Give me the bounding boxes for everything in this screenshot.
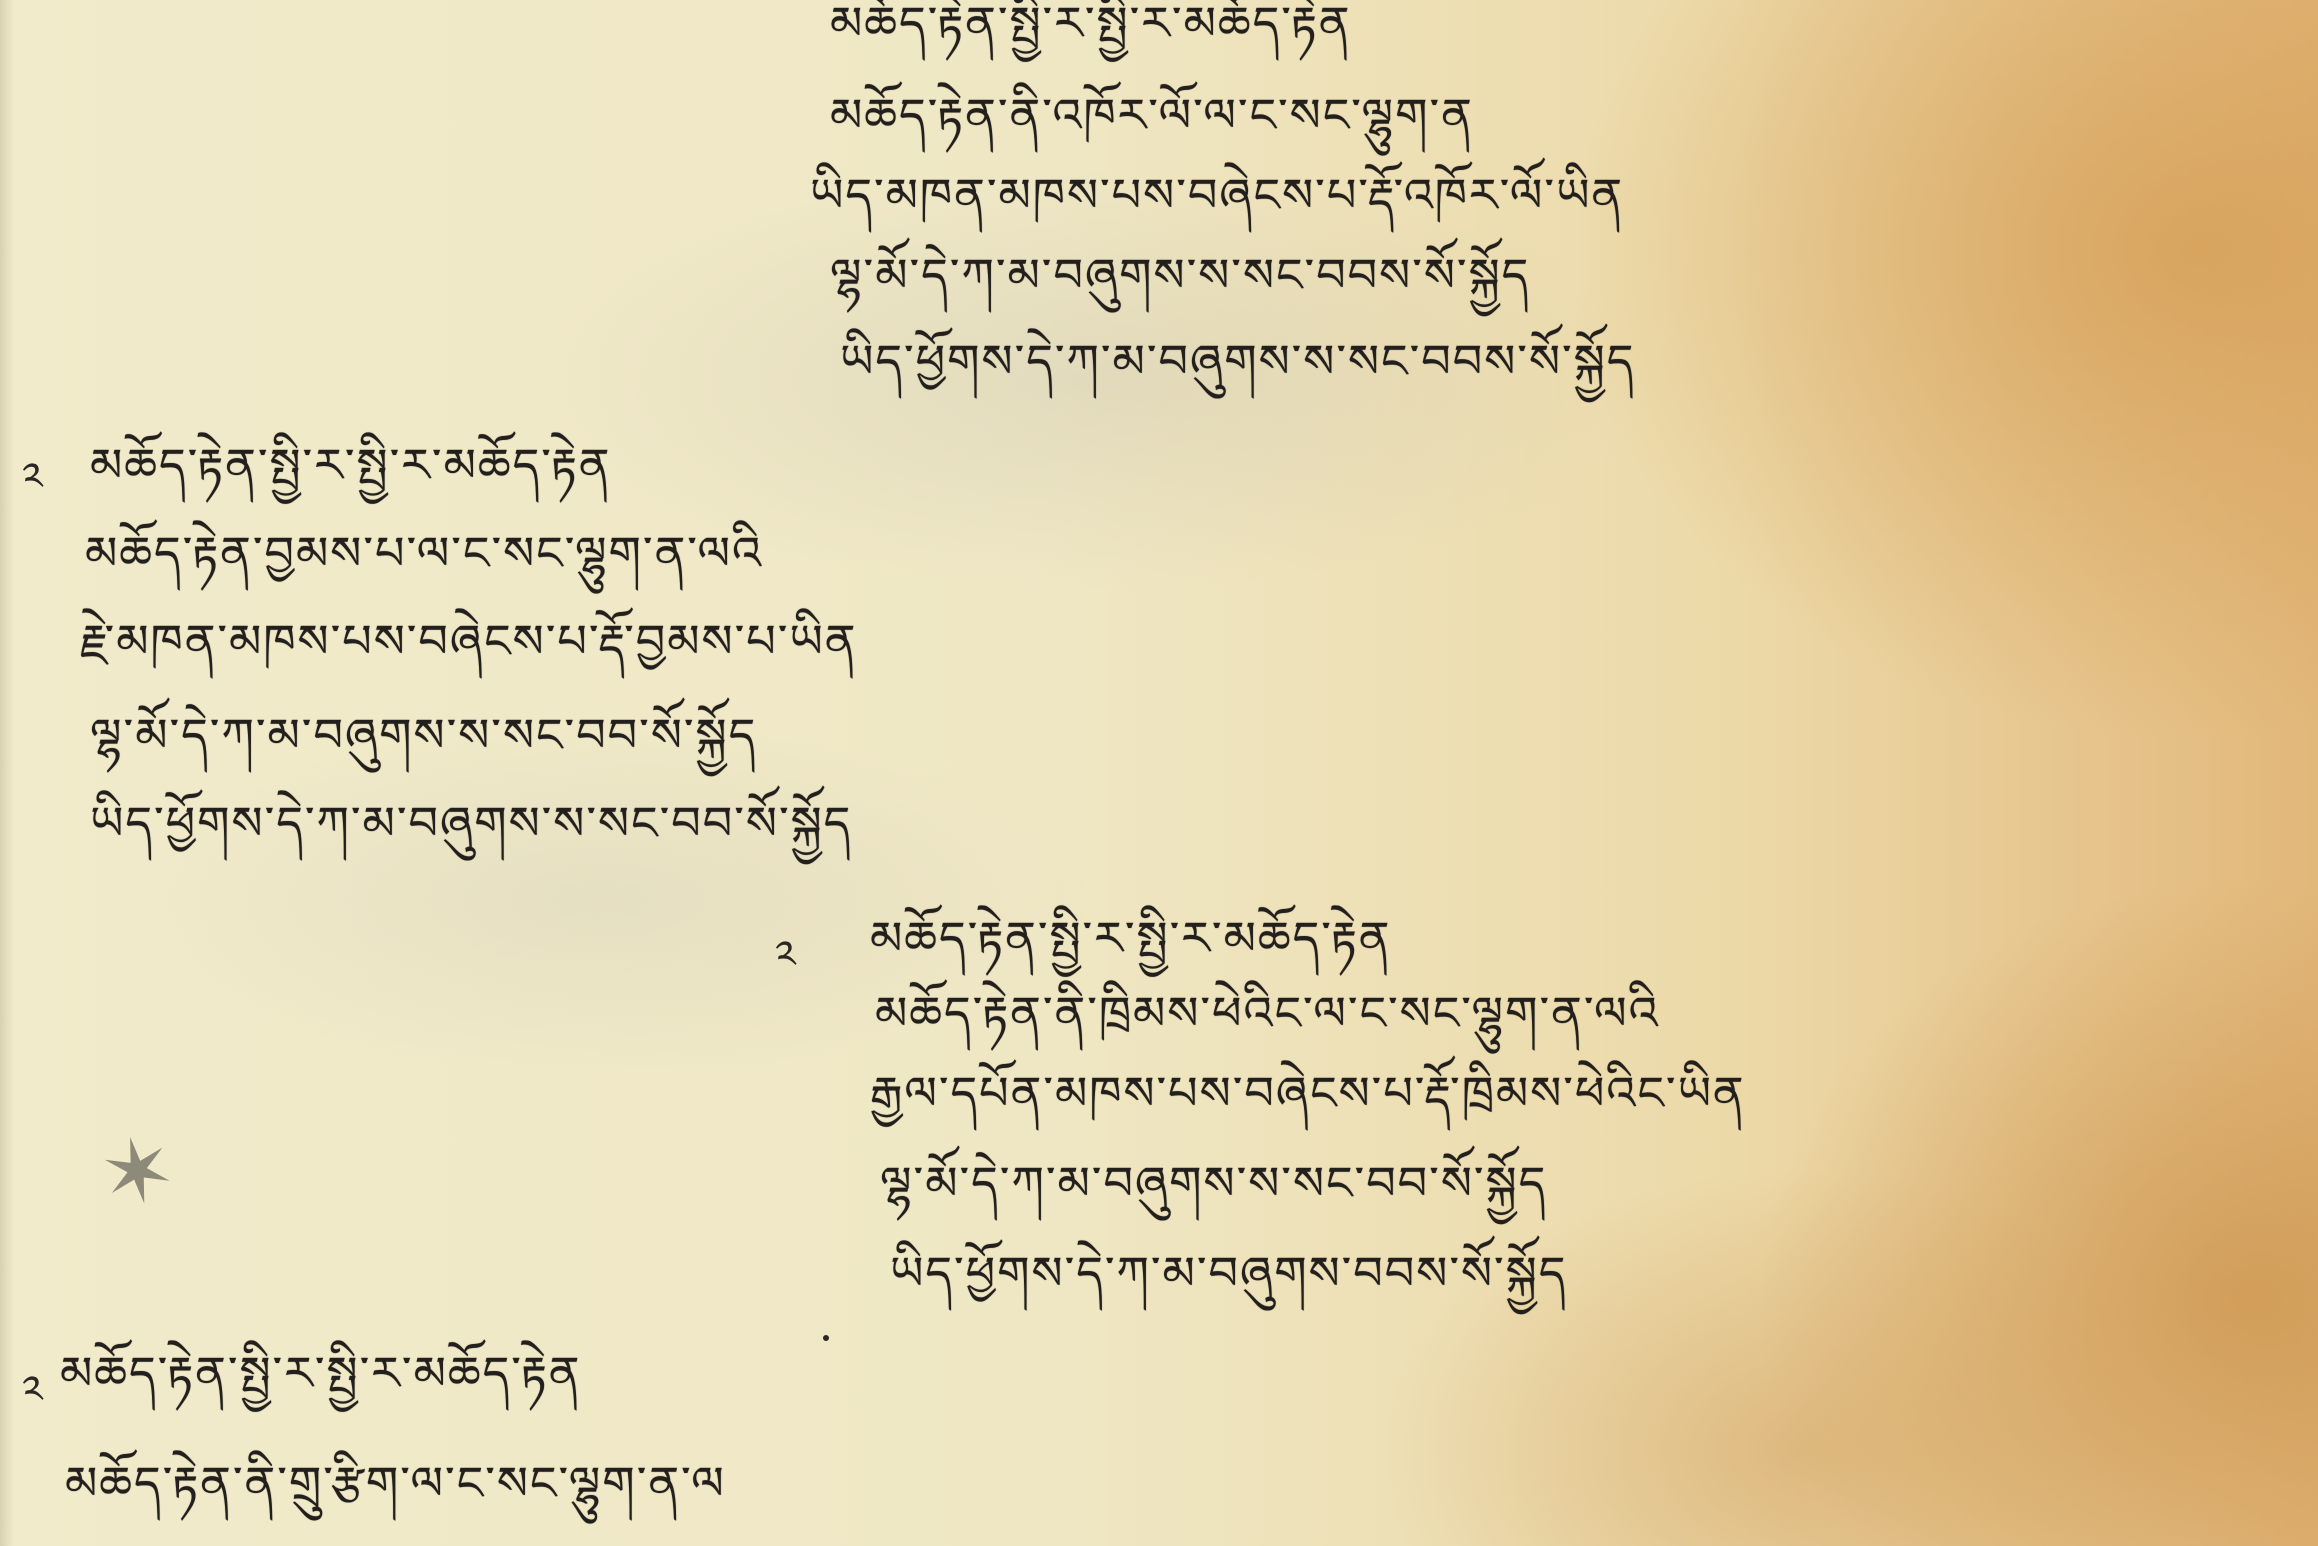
manuscript-line: མཆོད་རྟེན་ནི་ཁྲིམས་ཕེའིང་ལ་ང་སང་ལྷུག་ན་ལ… [875,990,1660,1036]
manuscript-line: ལྷ་མོ་དེ་ཀ་མ་བཞུགས་ས་སང་བབ་སོ་སྐྱོད [880,1160,1547,1206]
pencil-star-mark: ✶ [90,1113,186,1231]
stanza-number: ༢ [775,910,796,1023]
manuscript-line: ཡིད་ཕྱོགས་དེ་ཀ་མ་བཞུགས་ས་སང་བབ་སོ་སྐྱོད [90,800,852,846]
manuscript-line: མཆོད་རྟེན་ནི་འཁོར་ལོ་ལ་ང་སང་ལྷུག་ན [830,92,1474,138]
ink-dot [823,1335,829,1341]
manuscript-line: མཆོད་རྟེན་སྤྱི་ར་སྤྱི་ར་མཆོད་རྟེན [830,0,1351,46]
stanza-number: ༢ [22,432,43,545]
manuscript-line: མཆོད་རྟེན་བྱམས་པ་ལ་ང་སང་ལྷུག་ན་ལའི [85,530,763,576]
manuscript-line: ལྷ་མོ་དེ་ཀ་མ་བཞུགས་ས་སང་བབ་སོ་སྐྱོད [90,712,757,758]
manuscript-line: རྒྱལ་དཔོན་མཁས་པས་བཞེངས་པ་རྡོ་ཁྲིམས་ཕེའིང… [870,1070,1746,1116]
paper-left-edge [0,0,14,1546]
manuscript-line: མཆོད་རྟེན་སྤྱི་ར་སྤྱི་ར་མཆོད་རྟེན [90,442,611,488]
manuscript-line: མཆོད་རྟེན་སྤྱི་ར་སྤྱི་ར་མཆོད་རྟེན [870,915,1391,961]
manuscript-line: ལྷ་མོ་དེ་ཀ་མ་བཞུགས་ས་སང་བབས་སོ་སྐྱོད [830,252,1530,298]
manuscript-line: རྗེ་མཁན་མཁས་པས་བཞེངས་པ་རྡོ་བྱམས་པ་ཡིན [80,618,857,664]
stanza-number: ༢ [22,1345,43,1458]
manuscript-line: ཡིད་ཕྱོགས་དེ་ཀ་མ་བཞུགས་ས་སང་བབས་སོ་སྐྱོད [840,338,1635,384]
manuscript-line: མཆོད་རྟེན་སྤྱི་ར་སྤྱི་ར་མཆོད་རྟེན [60,1350,581,1396]
manuscript-line: ཡིད་ཕྱོགས་དེ་ཀ་མ་བཞུགས་བབས་སོ་སྐྱོད [890,1250,1567,1296]
manuscript-line: མཆོད་རྟེན་ནི་གྲུ་རྩིག་ལ་ང་སང་ལྷུག་ན་ལ [65,1460,726,1506]
manuscript-line: ཡིད་མཁན་མཁས་པས་བཞེངས་པ་རྡོ་འཁོར་ལོ་ཡིན [810,172,1624,218]
